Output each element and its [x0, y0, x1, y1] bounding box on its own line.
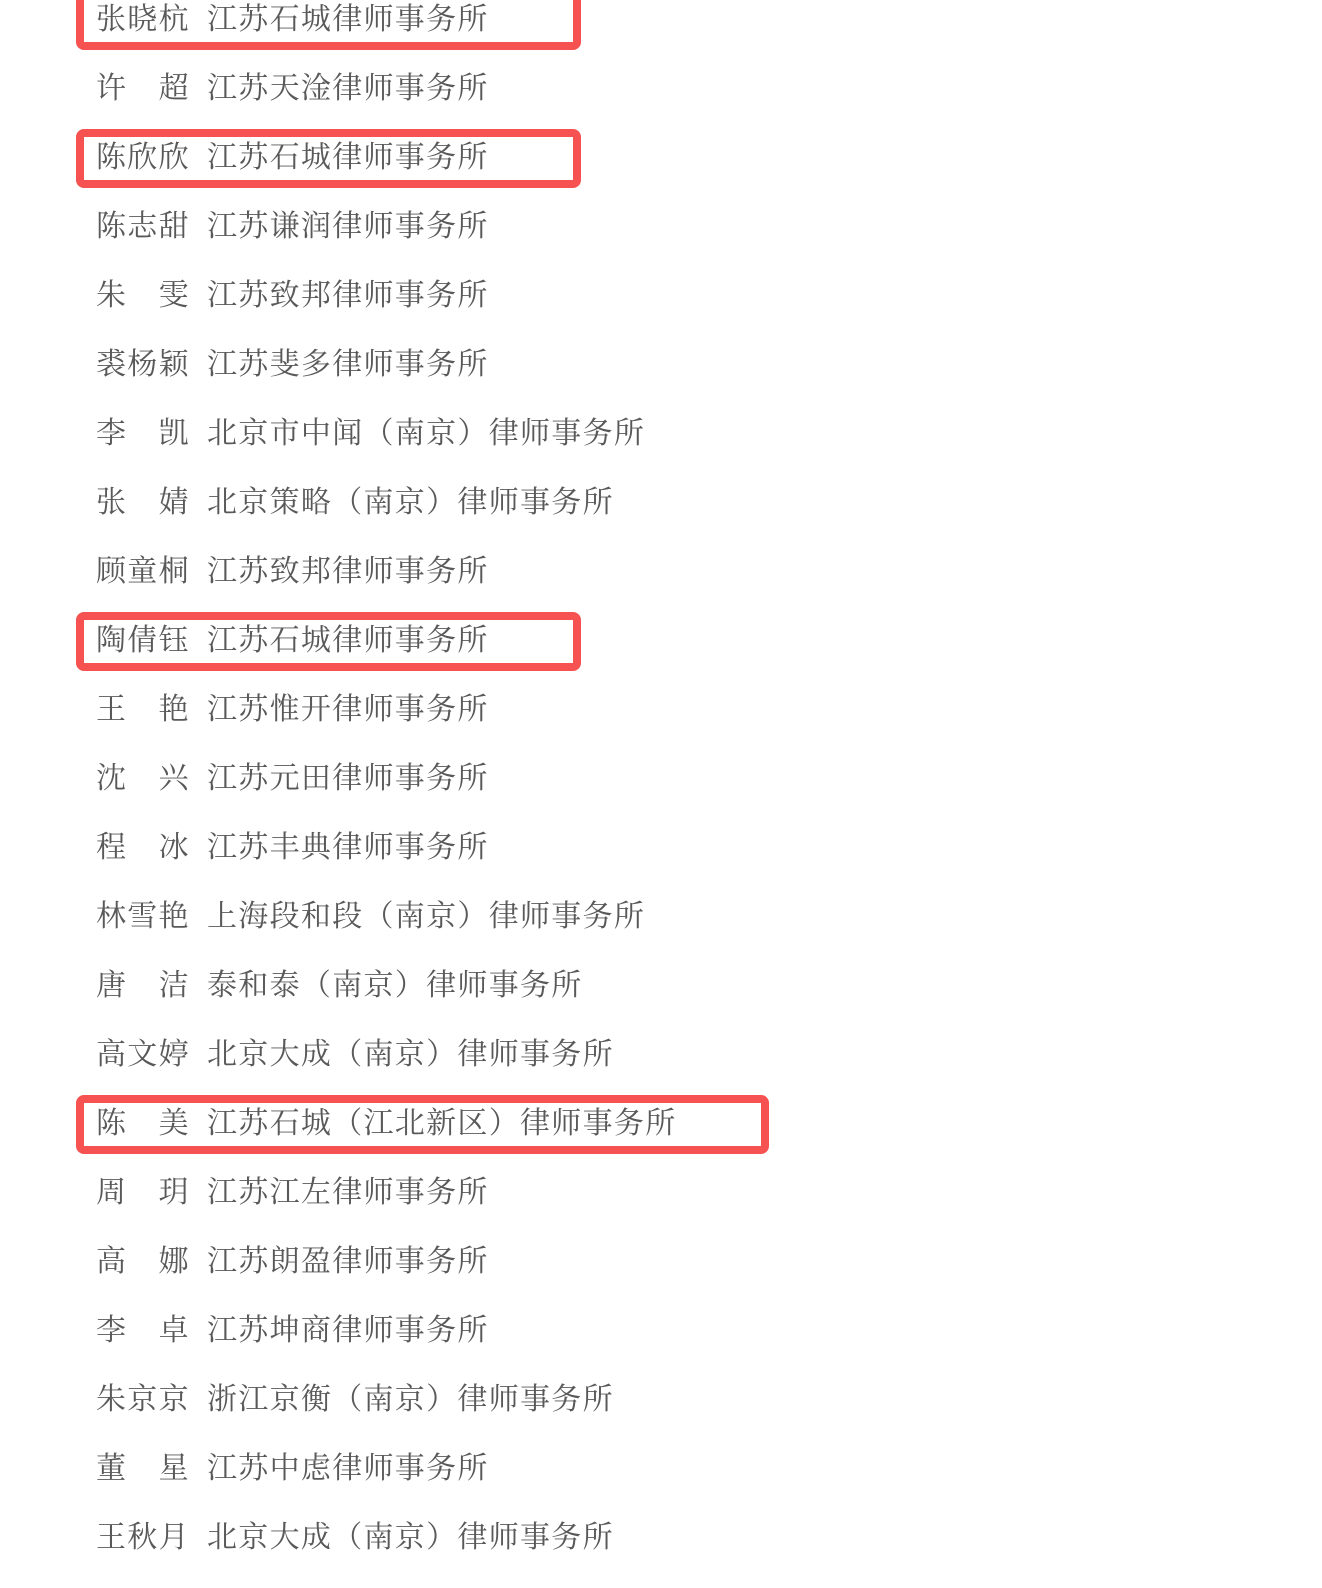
- lawyer-name: 张 婧: [96, 485, 190, 521]
- lawyer-name: 张晓杭: [96, 2, 190, 38]
- firm-name: 北京策略（南京）律师事务所: [207, 485, 614, 521]
- firm-name: 江苏元田律师事务所: [207, 761, 489, 797]
- list-row: 朱 雯江苏致邦律师事务所: [0, 278, 1322, 347]
- firm-name: 浙江京衡（南京）律师事务所: [207, 1382, 614, 1418]
- row-content: 李 凯北京市中闻（南京）律师事务所: [96, 416, 645, 452]
- list-row: 顾童桐江苏致邦律师事务所: [0, 554, 1322, 623]
- row-content: 林雪艳上海段和段（南京）律师事务所: [96, 899, 645, 935]
- row-content: 张晓杭江苏石城律师事务所: [96, 2, 489, 38]
- list-row: 周 玥江苏江左律师事务所: [0, 1175, 1322, 1244]
- firm-name: 北京大成（南京）律师事务所: [207, 1520, 614, 1556]
- firm-name: 北京大成（南京）律师事务所: [207, 1037, 614, 1073]
- row-content: 李 卓江苏坤商律师事务所: [96, 1313, 489, 1349]
- list-row: 高文婷北京大成（南京）律师事务所: [0, 1037, 1322, 1106]
- row-content: 朱 雯江苏致邦律师事务所: [96, 278, 489, 314]
- lawyer-name: 朱 雯: [96, 278, 190, 314]
- list-row: 张晓杭江苏石城律师事务所: [0, 2, 1322, 71]
- row-content: 朱京京浙江京衡（南京）律师事务所: [96, 1382, 614, 1418]
- lawyer-name: 许 超: [96, 71, 190, 107]
- firm-name: 江苏中虑律师事务所: [207, 1451, 489, 1487]
- list-row: 王秋月北京大成（南京）律师事务所: [0, 1520, 1322, 1588]
- list-row: 沈 兴江苏元田律师事务所: [0, 761, 1322, 830]
- list-row: 陈欣欣江苏石城律师事务所: [0, 140, 1322, 209]
- row-content: 唐 洁泰和泰（南京）律师事务所: [96, 968, 583, 1004]
- row-content: 董 星江苏中虑律师事务所: [96, 1451, 489, 1487]
- row-content: 高文婷北京大成（南京）律师事务所: [96, 1037, 614, 1073]
- list-row: 高 娜江苏朗盈律师事务所: [0, 1244, 1322, 1313]
- firm-name: 江苏石城律师事务所: [207, 2, 489, 38]
- lawyer-name: 沈 兴: [96, 761, 190, 797]
- row-content: 陈 美江苏石城（江北新区）律师事务所: [96, 1106, 677, 1142]
- row-content: 裘杨颖江苏斐多律师事务所: [96, 347, 489, 383]
- lawyer-name: 朱京京: [96, 1382, 190, 1418]
- firm-name: 江苏朗盈律师事务所: [207, 1244, 489, 1280]
- list-row: 王 艳江苏惟开律师事务所: [0, 692, 1322, 761]
- lawyer-name: 陈 美: [96, 1106, 190, 1142]
- row-content: 陈志甜江苏谦润律师事务所: [96, 209, 489, 245]
- lawyer-name: 王 艳: [96, 692, 190, 728]
- firm-name: 江苏江左律师事务所: [207, 1175, 489, 1211]
- lawyer-name: 李 卓: [96, 1313, 190, 1349]
- firm-name: 上海段和段（南京）律师事务所: [207, 899, 645, 935]
- lawyer-name: 裘杨颖: [96, 347, 190, 383]
- firm-name: 泰和泰（南京）律师事务所: [207, 968, 583, 1004]
- list-row: 陈志甜江苏谦润律师事务所: [0, 209, 1322, 278]
- firm-name: 江苏谦润律师事务所: [207, 209, 489, 245]
- firm-name: 江苏石城律师事务所: [207, 140, 489, 176]
- row-content: 周 玥江苏江左律师事务所: [96, 1175, 489, 1211]
- lawyer-name: 唐 洁: [96, 968, 190, 1004]
- lawyer-name: 高文婷: [96, 1037, 190, 1073]
- firm-name: 江苏致邦律师事务所: [207, 554, 489, 590]
- lawyer-name: 陈志甜: [96, 209, 190, 245]
- firm-name: 江苏斐多律师事务所: [207, 347, 489, 383]
- lawyer-name: 程 冰: [96, 830, 190, 866]
- firm-name: 江苏丰典律师事务所: [207, 830, 489, 866]
- lawyer-name: 高 娜: [96, 1244, 190, 1280]
- firm-name: 北京市中闻（南京）律师事务所: [207, 416, 645, 452]
- list-row: 许 超江苏天淦律师事务所: [0, 71, 1322, 140]
- firm-name: 江苏致邦律师事务所: [207, 278, 489, 314]
- firm-name: 江苏石城律师事务所: [207, 623, 489, 659]
- list-row: 李 凯北京市中闻（南京）律师事务所: [0, 416, 1322, 485]
- list-row: 陶倩钰江苏石城律师事务所: [0, 623, 1322, 692]
- row-content: 沈 兴江苏元田律师事务所: [96, 761, 489, 797]
- firm-name: 江苏天淦律师事务所: [207, 71, 489, 107]
- lawyer-name: 陶倩钰: [96, 623, 190, 659]
- lawyer-name: 周 玥: [96, 1175, 190, 1211]
- list-row: 李 卓江苏坤商律师事务所: [0, 1313, 1322, 1382]
- row-content: 陈欣欣江苏石城律师事务所: [96, 140, 489, 176]
- row-content: 程 冰江苏丰典律师事务所: [96, 830, 489, 866]
- lawyer-name: 林雪艳: [96, 899, 190, 935]
- lawyer-name: 陈欣欣: [96, 140, 190, 176]
- lawyer-name: 顾童桐: [96, 554, 190, 590]
- firm-name: 江苏石城（江北新区）律师事务所: [207, 1106, 677, 1142]
- lawyer-name: 王秋月: [96, 1520, 190, 1556]
- list-row: 朱京京浙江京衡（南京）律师事务所: [0, 1382, 1322, 1451]
- row-content: 许 超江苏天淦律师事务所: [96, 71, 489, 107]
- row-content: 顾童桐江苏致邦律师事务所: [96, 554, 489, 590]
- row-content: 陶倩钰江苏石城律师事务所: [96, 623, 489, 659]
- list-row: 张 婧北京策略（南京）律师事务所: [0, 485, 1322, 554]
- row-content: 王 艳江苏惟开律师事务所: [96, 692, 489, 728]
- list-row: 唐 洁泰和泰（南京）律师事务所: [0, 968, 1322, 1037]
- row-content: 张 婧北京策略（南京）律师事务所: [96, 485, 614, 521]
- row-content: 高 娜江苏朗盈律师事务所: [96, 1244, 489, 1280]
- firm-name: 江苏坤商律师事务所: [207, 1313, 489, 1349]
- list-row: 程 冰江苏丰典律师事务所: [0, 830, 1322, 899]
- list-row: 裘杨颖江苏斐多律师事务所: [0, 347, 1322, 416]
- firm-name: 江苏惟开律师事务所: [207, 692, 489, 728]
- lawyer-list: 张晓杭江苏石城律师事务所 许 超江苏天淦律师事务所 陈欣欣江苏石城律师事务所 陈…: [0, 0, 1322, 1588]
- list-row: 董 星江苏中虑律师事务所: [0, 1451, 1322, 1520]
- lawyer-name: 李 凯: [96, 416, 190, 452]
- list-row: 陈 美江苏石城（江北新区）律师事务所: [0, 1106, 1322, 1175]
- list-row: 林雪艳上海段和段（南京）律师事务所: [0, 899, 1322, 968]
- lawyer-name: 董 星: [96, 1451, 190, 1487]
- row-content: 王秋月北京大成（南京）律师事务所: [96, 1520, 614, 1556]
